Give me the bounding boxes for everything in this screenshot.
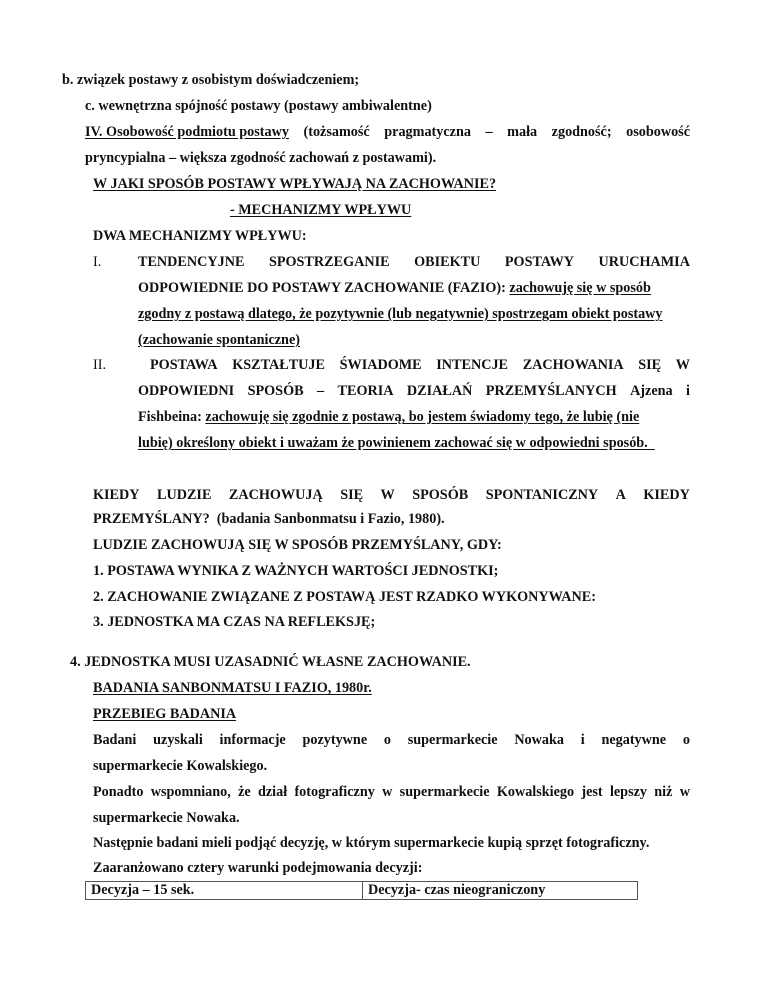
mechanism-2-word: –	[317, 382, 324, 400]
study-p4: Zaaranżowano cztery warunki podejmowania…	[93, 859, 422, 877]
when-question-word: A	[616, 486, 626, 504]
list-marker-ii: II.	[93, 356, 106, 374]
when-question-line1: KIEDY LUDZIE ZACHOWUJĄ SIĘ W SPOSÓB SPON…	[93, 486, 690, 504]
conditions-table: Decyzja – 15 sek. Decyzja- czas nieogran…	[85, 881, 638, 900]
mechanism-1-word: SPOSTRZEGANIE	[269, 253, 390, 271]
mechanism-2-word: ZACHOWANIA	[523, 356, 624, 374]
study-word: negatywne	[601, 731, 666, 749]
study-p3: Następnie badani mieli podjąć decyzję, w…	[93, 834, 649, 852]
paragraph-iv-word: (tożsamość	[304, 123, 370, 141]
mechanism-1-line2-plain: ODPOWIEDNIE DO POSTAWY ZACHOWANIE (FAZIO…	[138, 280, 509, 296]
study-course-heading: PRZEBIEG BADANIA	[93, 705, 236, 723]
when-question-word: KIEDY	[93, 486, 140, 504]
study-word: dział	[258, 783, 287, 801]
study-word: Ponadto	[93, 783, 143, 801]
mechanism-2-line3-plain: Fishbeina:	[138, 409, 205, 425]
heading-question: W JAKI SPOSÓB POSTAWY WPŁYWAJĄ NA ZACHOW…	[93, 175, 496, 193]
when-question-word: SPOSÓB	[412, 486, 468, 504]
condition-item: 4. JEDNOSTKA MUSI UZASADNIĆ WŁASNE ZACHO…	[70, 653, 471, 671]
condition-item: 2. ZACHOWANIE ZWIĄZANE Z POSTAWĄ JEST RZ…	[93, 588, 596, 606]
mechanism-2-line1: POSTAWA KSZTAŁTUJE ŚWIADOME INTENCJE ZAC…	[150, 356, 690, 374]
two-mechanisms-label: DWA MECHANIZMY WPŁYWU:	[93, 227, 307, 245]
list-marker-i: I.	[93, 253, 101, 271]
study-word: informacje	[220, 731, 286, 749]
study-word: o	[384, 731, 391, 749]
heading-mechanisms: - MECHANIZMY WPŁYWU	[230, 201, 411, 219]
when-question-word: SIĘ	[340, 486, 363, 504]
mechanism-2-word: SIĘ	[638, 356, 661, 374]
study-word: i	[581, 731, 585, 749]
mechanism-1-line4: (zachowanie spontaniczne)	[138, 331, 300, 349]
study-word: lepszy	[610, 783, 647, 801]
study-p2-line1: Ponadto wspomniano, że dział fotograficz…	[93, 783, 690, 801]
mechanism-2-word: i	[686, 382, 690, 400]
when-question-line2: PRZEMYŚLANY? (badania Sanbonmatsu i Fazi…	[93, 510, 445, 528]
mechanism-2-word: ODPOWIEDNI	[138, 382, 234, 400]
condition-item: 1. POSTAWA WYNIKA Z WAŻNYCH WARTOŚCI JED…	[93, 562, 498, 580]
study-word: fotograficzny	[294, 783, 374, 801]
mechanism-2-word: TEORIA	[338, 382, 394, 400]
paragraph-iv-title: IV. Osobowość podmiotu postawy	[85, 123, 289, 141]
paragraph-iv-line2: pryncypialna – większa zgodność zachowań…	[85, 149, 436, 167]
mechanism-2-word: PRZEMYŚLANYCH	[486, 382, 617, 400]
study-word: w	[680, 783, 690, 801]
mechanism-2-line3-underlined: zachowuję się zgodnie z postawą, bo jest…	[205, 409, 639, 425]
study-p2-line2: supermarkecie Nowaka.	[93, 809, 240, 827]
table-cell: Decyzja- czas nieograniczony	[363, 882, 637, 899]
study-word: że	[238, 783, 251, 801]
when-question-word: W	[381, 486, 395, 504]
study-word: pozytywne	[302, 731, 367, 749]
study-word: w	[382, 783, 392, 801]
mechanism-1-line2: ODPOWIEDNIE DO POSTAWY ZACHOWANIE (FAZIO…	[138, 279, 651, 297]
study-word: uzyskali	[153, 731, 203, 749]
mechanism-2-word: Ajzena	[630, 382, 673, 400]
paragraph-iv-word: osobowość	[626, 123, 690, 141]
study-title: BADANIA SANBONMATSU I FAZIO, 1980r.	[93, 679, 372, 697]
table-cell: Decyzja – 15 sek.	[86, 882, 363, 899]
paragraph-iv-line1: IV. Osobowość podmiotu postawy (tożsamoś…	[85, 123, 690, 141]
study-word: Nowaka	[514, 731, 564, 749]
condition-item: 3. JEDNOSTKA MA CZAS NA REFLEKSJĘ;	[93, 613, 375, 631]
study-word: Badani	[93, 731, 136, 749]
mechanism-1-line1: TENDENCYJNE SPOSTRZEGANIE OBIEKTU POSTAW…	[138, 253, 690, 271]
study-word: niż	[654, 783, 672, 801]
mechanism-1-line2-underlined: zachowuję się w sposób	[509, 280, 651, 296]
mechanism-1-word: URUCHAMIA	[599, 253, 690, 271]
study-p1-line1: Badani uzyskali informacje pozytywne o s…	[93, 731, 690, 749]
mechanism-1-word: TENDENCYJNE	[138, 253, 244, 271]
paragraph-iv-word: mała	[507, 123, 537, 141]
when-question-word: KIEDY	[643, 486, 690, 504]
study-word: o	[683, 731, 690, 749]
paragraph-iv-word: –	[486, 123, 493, 141]
study-word: wspomniano,	[151, 783, 231, 801]
mechanism-2-word: DZIAŁAŃ	[407, 382, 472, 400]
mechanism-2-line2: ODPOWIEDNI SPOSÓB – TEORIA DZIAŁAŃ PRZEM…	[138, 382, 690, 400]
paragraph-iv-word: pragmatyczna	[384, 123, 471, 141]
paragraph-iv-word: zgodność;	[552, 123, 612, 141]
study-word: supermarkecie	[400, 783, 490, 801]
when-question-word: LUDZIE	[157, 486, 211, 504]
conditions-intro: LUDZIE ZACHOWUJĄ SIĘ W SPOSÓB PRZEMYŚLAN…	[93, 536, 502, 554]
mechanism-2-word: KSZTAŁTUJE	[232, 356, 325, 374]
mechanism-1-line3: zgodny z postawą dlatego, że pozytywnie …	[138, 305, 663, 323]
mechanism-2-word: SPOSÓB	[248, 382, 304, 400]
study-word: Kowalskiego	[497, 783, 574, 801]
paragraph-c: c. wewnętrzna spójność postawy (postawy …	[85, 97, 432, 115]
mechanism-1-word: OBIEKTU	[414, 253, 480, 271]
mechanism-2-word: INTENCJE	[436, 356, 508, 374]
study-word: jest	[581, 783, 602, 801]
paragraph-b: b. związek postawy z osobistym doświadcz…	[62, 71, 359, 89]
mechanism-2-word: W	[676, 356, 690, 374]
mechanism-2-word: POSTAWA	[150, 356, 218, 374]
study-p1-line2: supermarkecie Kowalskiego.	[93, 757, 267, 775]
mechanism-1-word: POSTAWY	[505, 253, 574, 271]
mechanism-2-line4: lubię) określony obiekt i uważam że powi…	[138, 434, 655, 452]
when-question-word: SPONTANICZNY	[486, 486, 598, 504]
mechanism-2-word: ŚWIADOME	[340, 356, 422, 374]
mechanism-2-line3: Fishbeina: zachowuję się zgodnie z posta…	[138, 408, 639, 426]
study-word: supermarkecie	[408, 731, 498, 749]
when-question-word: ZACHOWUJĄ	[229, 486, 323, 504]
